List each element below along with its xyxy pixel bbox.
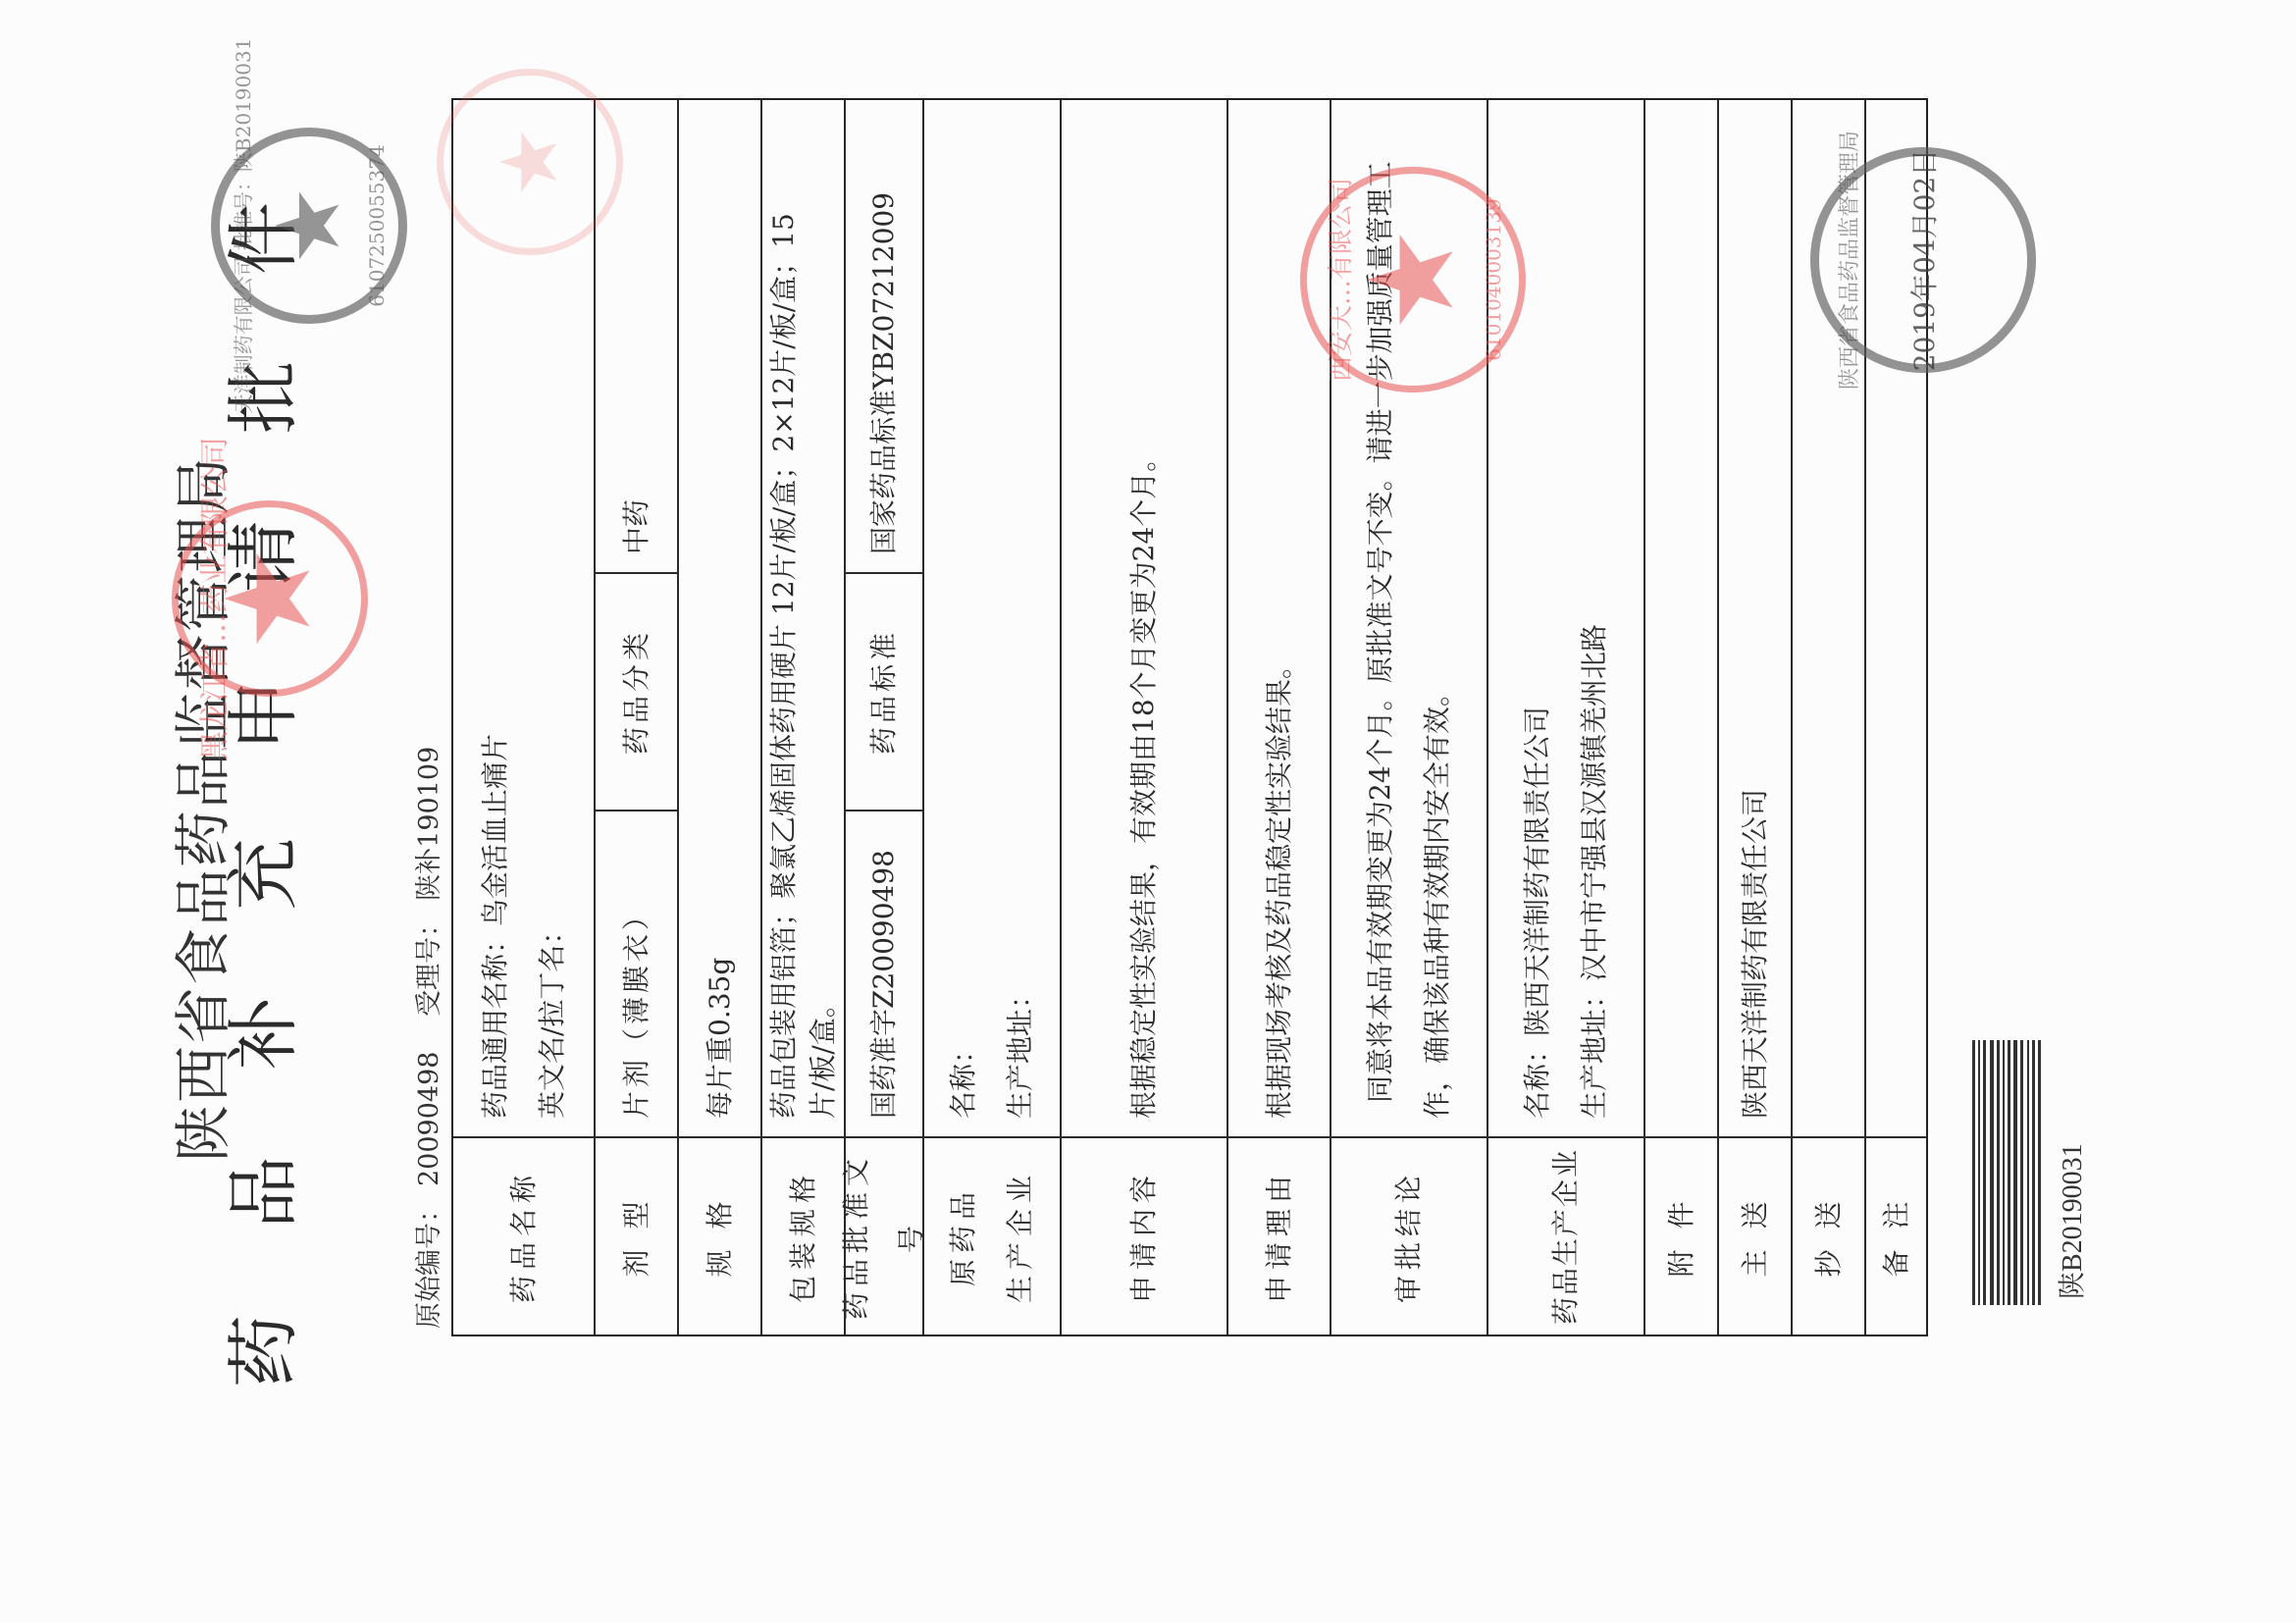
document-meta: 原始编号：20090498 受理号：陕补190109 xyxy=(407,737,445,1329)
row-main-recipient: 主 送 陕西天洋制药有限责任公司 xyxy=(1719,100,1793,1335)
packaging-line-1: 药品包装用铝箔；聚氯乙烯固体药用硬片 12片/板/盒；2×12片/板/盒；15 xyxy=(764,213,804,1119)
value-cc xyxy=(1793,100,1864,1136)
accept-no: 陕补190109 xyxy=(414,747,444,901)
label-remarks: 备 注 xyxy=(1866,1136,1927,1335)
value-api-manufacturer: 名称： 生产地址： xyxy=(924,100,1060,1136)
value-remarks xyxy=(1866,100,1927,1136)
conclusion-line-2: 作，确保该品种有效期内安全有效。 xyxy=(1409,679,1466,1119)
row-specification: 规 格 每片重0.35g xyxy=(679,100,762,1335)
conclusion-line-1: 同意将本品有效期变更为24个月。原批准文号不变。请进一步加强质量管理工 xyxy=(1352,161,1409,1119)
label-attachment: 附 件 xyxy=(1645,1136,1717,1335)
barcode-text: 陕B20190031 xyxy=(2051,1143,2090,1299)
row-approval-no: 药品批准文号 国药准字Z20090498 药品标准 国家药品标准YBZ07212… xyxy=(846,100,924,1335)
approval-table: 药品名称 药品通用名称：鸟金活血止痛片 英文名/拉丁名： 剂 型 片剂（薄膜衣）… xyxy=(451,98,1928,1336)
row-dosage-form: 剂 型 片剂（薄膜衣） 药品分类 中药 xyxy=(596,100,679,1335)
original-no: 20090498 xyxy=(414,1052,444,1186)
label-main-recipient: 主 送 xyxy=(1719,1136,1791,1335)
value-attachment xyxy=(1645,100,1717,1136)
label-api-line-2: 生产企业 xyxy=(992,1170,1049,1303)
value-application-reason: 根据现场考核及药品稳定性实验结果。 xyxy=(1228,100,1330,1136)
stamp-code: 6107250055374 xyxy=(365,144,389,306)
label-application-reason: 申请理由 xyxy=(1228,1136,1330,1335)
packaging-line-2: 片/板/盒。 xyxy=(804,990,843,1119)
row-manufacturer: 药品生产企业 名称：陕西天洋制药有限责任公司 生产地址：汉中市宁强县汉源镇羌州北… xyxy=(1488,100,1645,1335)
english-name: 英文名/拉丁名： xyxy=(524,917,581,1119)
manufacturer-name: 名称：陕西天洋制药有限责任公司 xyxy=(1509,707,1566,1119)
value-main-recipient: 陕西天洋制药有限责任公司 xyxy=(1719,100,1791,1136)
row-cc: 抄 送 xyxy=(1793,100,1866,1335)
original-no-label: 原始编号： xyxy=(414,1196,444,1329)
label-approval-no: 药品批准文号 xyxy=(846,1136,922,1335)
row-remarks: 备 注 xyxy=(1866,100,1927,1335)
api-name: 名称： xyxy=(935,1036,992,1119)
document-title: 药品补充申请批件 xyxy=(206,116,310,1387)
value-drug-standard: 国家药品标准YBZ07212009 xyxy=(846,100,922,572)
label-api-line-1: 原药品 xyxy=(935,1186,992,1286)
approval-document: 陕西省食品药品监督管理局 药品补充申请批件 原始编号：20090498 受理号：… xyxy=(0,0,2296,1623)
value-application-content: 根据稳定性实验结果，有效期由18个月变更为24个月。 xyxy=(1062,100,1226,1136)
label-manufacturer: 药品生产企业 xyxy=(1488,1136,1644,1335)
row-api-manufacturer: 原药品 生产企业 名称： 生产地址： xyxy=(924,100,1062,1335)
row-conclusion: 审批结论 同意将本品有效期变更为24个月。原批准文号不变。请进一步加强质量管理工… xyxy=(1331,100,1488,1335)
value-specification: 每片重0.35g xyxy=(679,100,760,1136)
manufacturer-address: 生产地址：汉中市宁强县汉源镇羌州北路 xyxy=(1566,624,1623,1119)
common-name: 药品通用名称：鸟金活血止痛片 xyxy=(467,734,524,1119)
value-conclusion: 同意将本品有效期变更为24个月。原批准文号不变。请进一步加强质量管理工 作，确保… xyxy=(1331,100,1487,1136)
api-address: 生产地址： xyxy=(992,981,1049,1119)
barcode xyxy=(1972,1040,2041,1305)
label-conclusion: 审批结论 xyxy=(1331,1136,1487,1335)
value-drug-category: 中药 xyxy=(596,100,677,572)
value-approval-no: 国药准字Z20090498 xyxy=(846,810,922,1136)
row-drug-name: 药品名称 药品通用名称：鸟金活血止痛片 英文名/拉丁名： xyxy=(453,100,596,1335)
row-attachment: 附 件 xyxy=(1645,100,1719,1335)
accept-no-label: 受理号： xyxy=(414,911,444,1017)
label-cc: 抄 送 xyxy=(1793,1136,1864,1335)
label-specification: 规 格 xyxy=(679,1136,760,1335)
label-drug-category: 药品分类 xyxy=(596,572,677,810)
value-dosage-form: 片剂（薄膜衣） xyxy=(596,810,677,1136)
label-api-manufacturer: 原药品 生产企业 xyxy=(924,1136,1060,1335)
row-application-content: 申请内容 根据稳定性实验结果，有效期由18个月变更为24个月。 xyxy=(1062,100,1228,1335)
value-packaging: 药品包装用铝箔；聚氯乙烯固体药用硬片 12片/板/盒；2×12片/板/盒；15 … xyxy=(762,100,844,1136)
label-drug-standard: 药品标准 xyxy=(846,572,922,810)
value-manufacturer: 名称：陕西天洋制药有限责任公司 生产地址：汉中市宁强县汉源镇羌州北路 xyxy=(1488,100,1644,1136)
label-drug-name: 药品名称 xyxy=(453,1136,594,1335)
label-application-content: 申请内容 xyxy=(1062,1136,1226,1335)
value-drug-name: 药品通用名称：鸟金活血止痛片 英文名/拉丁名： xyxy=(453,100,594,1136)
row-application-reason: 申请理由 根据现场考核及药品稳定性实验结果。 xyxy=(1228,100,1331,1335)
label-dosage-form: 剂 型 xyxy=(596,1136,677,1335)
